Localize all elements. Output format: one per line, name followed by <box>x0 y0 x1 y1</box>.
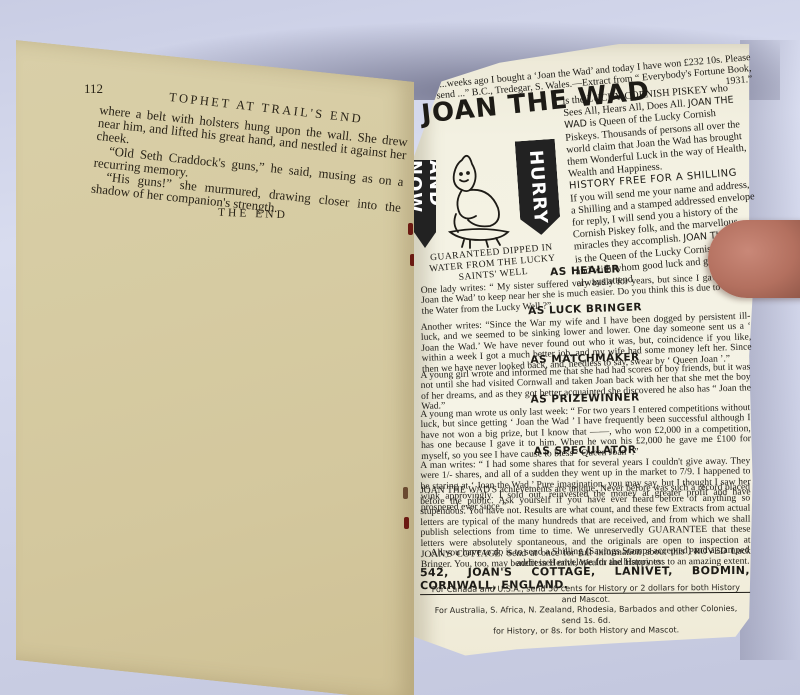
the-end-label: THE END <box>218 207 288 221</box>
overseas-line: For Australia, S. Africa, N. Zealand, Rh… <box>425 604 747 627</box>
overseas-line: for History, or 8s. for both History and… <box>425 625 747 638</box>
banner-left: AND NOW <box>414 160 436 248</box>
binding-staple <box>408 223 413 235</box>
pixie-illustration-icon <box>440 150 520 250</box>
overseas-line: For Canada and U.S.A., send 50 cents for… <box>425 583 747 606</box>
binding-staple <box>403 487 408 499</box>
thumb-holding-page <box>708 220 800 298</box>
overseas-pricing: For Canada and U.S.A., send 50 cents for… <box>425 583 747 638</box>
banner-right-text: HURRY <box>525 150 551 226</box>
binding-staple <box>404 517 409 529</box>
page-number: 112 <box>84 81 103 97</box>
